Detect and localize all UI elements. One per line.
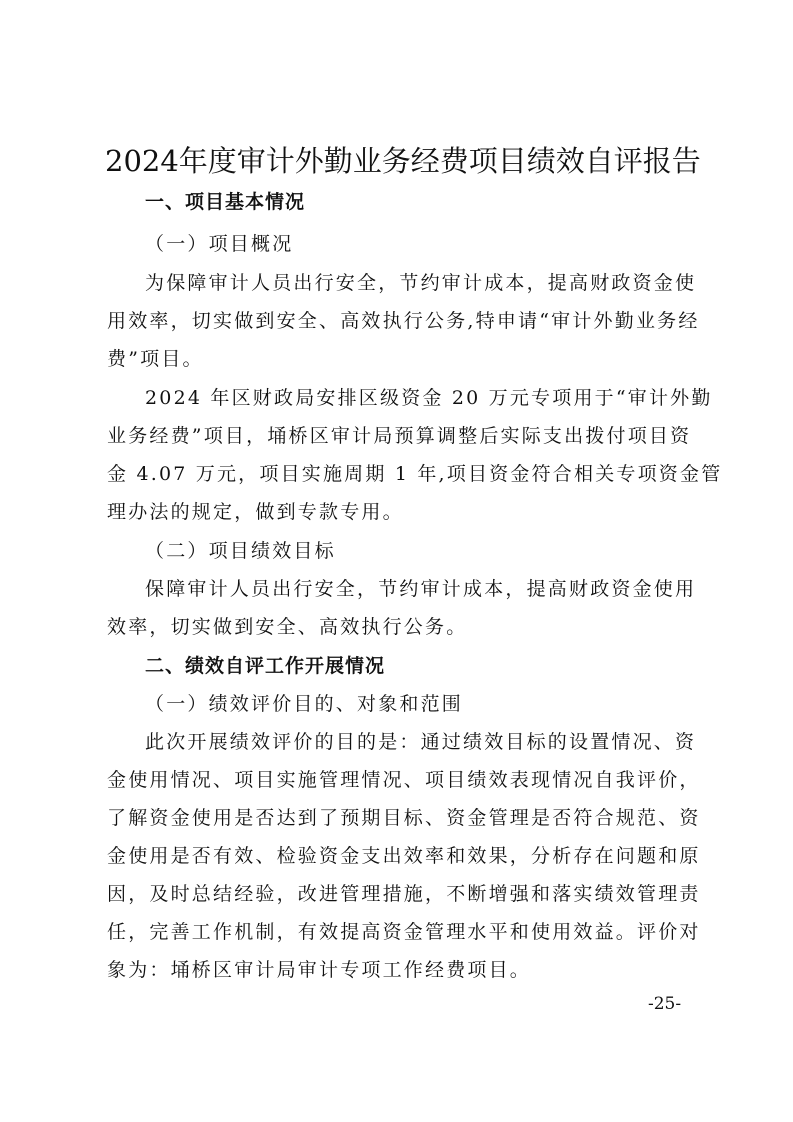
page-number: -25- <box>648 994 681 1014</box>
paragraph-line: 金使用是否有效、检验资金支出效率和效果，分析存在问题和原 <box>107 844 693 868</box>
paragraph-line: 因，及时总结经验，改进管理措施，不断增强和落实绩效管理责 <box>107 882 693 906</box>
subsection-heading-1-2: （二）项目绩效目标 <box>107 539 731 563</box>
paragraph-line: 费”项目。 <box>107 347 693 371</box>
paragraph-line: 为保障审计人员出行安全，节约审计成本，提高财政资金使 <box>107 271 731 295</box>
subsection-heading-2-1: （一）绩效评价目的、对象和范围 <box>107 692 731 716</box>
subsection-heading-1-1: （一）项目概况 <box>107 232 731 256</box>
paragraph-line: 象为：埇桥区审计局审计专项工作经费项目。 <box>107 958 693 982</box>
paragraph-line: 用效率，切实做到安全、高效执行公务,特申请“审计外勤业务经 <box>107 309 693 333</box>
paragraph-line: 业务经费”项目，埇桥区审计局预算调整后实际支出拨付项目资 <box>107 424 693 448</box>
section-heading-2: 二、绩效自评工作开展情况 <box>107 654 731 678</box>
paragraph-line: 了解资金使用是否达到了预期目标、资金管理是否符合规范、资 <box>107 806 693 830</box>
paragraph-line: 金 4.07 万元，项目实施周期 1 年,项目资金符合相关专项资金管 <box>107 462 693 486</box>
paragraph-line: 金使用情况、项目实施管理情况、项目绩效表现情况自我评价， <box>107 768 693 792</box>
paragraph-line: 效率，切实做到安全、高效执行公务。 <box>107 615 693 639</box>
paragraph-line: 2024 年区财政局安排区级资金 20 万元专项用于“审计外勤 <box>107 386 731 410</box>
document-page: 2024年度审计外勤业务经费项目绩效自评报告 一、项目基本情况 （一）项目概况 … <box>0 0 793 1122</box>
document-title: 2024年度审计外勤业务经费项目绩效自评报告 <box>105 141 705 181</box>
paragraph-line: 任，完善工作机制，有效提高资金管理水平和使用效益。评价对 <box>107 920 693 944</box>
paragraph-line: 理办法的规定，做到专款专用。 <box>107 500 693 524</box>
section-heading-1: 一、项目基本情况 <box>107 190 731 214</box>
paragraph-line: 此次开展绩效评价的目的是：通过绩效目标的设置情况、资 <box>107 730 731 754</box>
paragraph-line: 保障审计人员出行安全，节约审计成本，提高财政资金使用 <box>107 577 731 601</box>
